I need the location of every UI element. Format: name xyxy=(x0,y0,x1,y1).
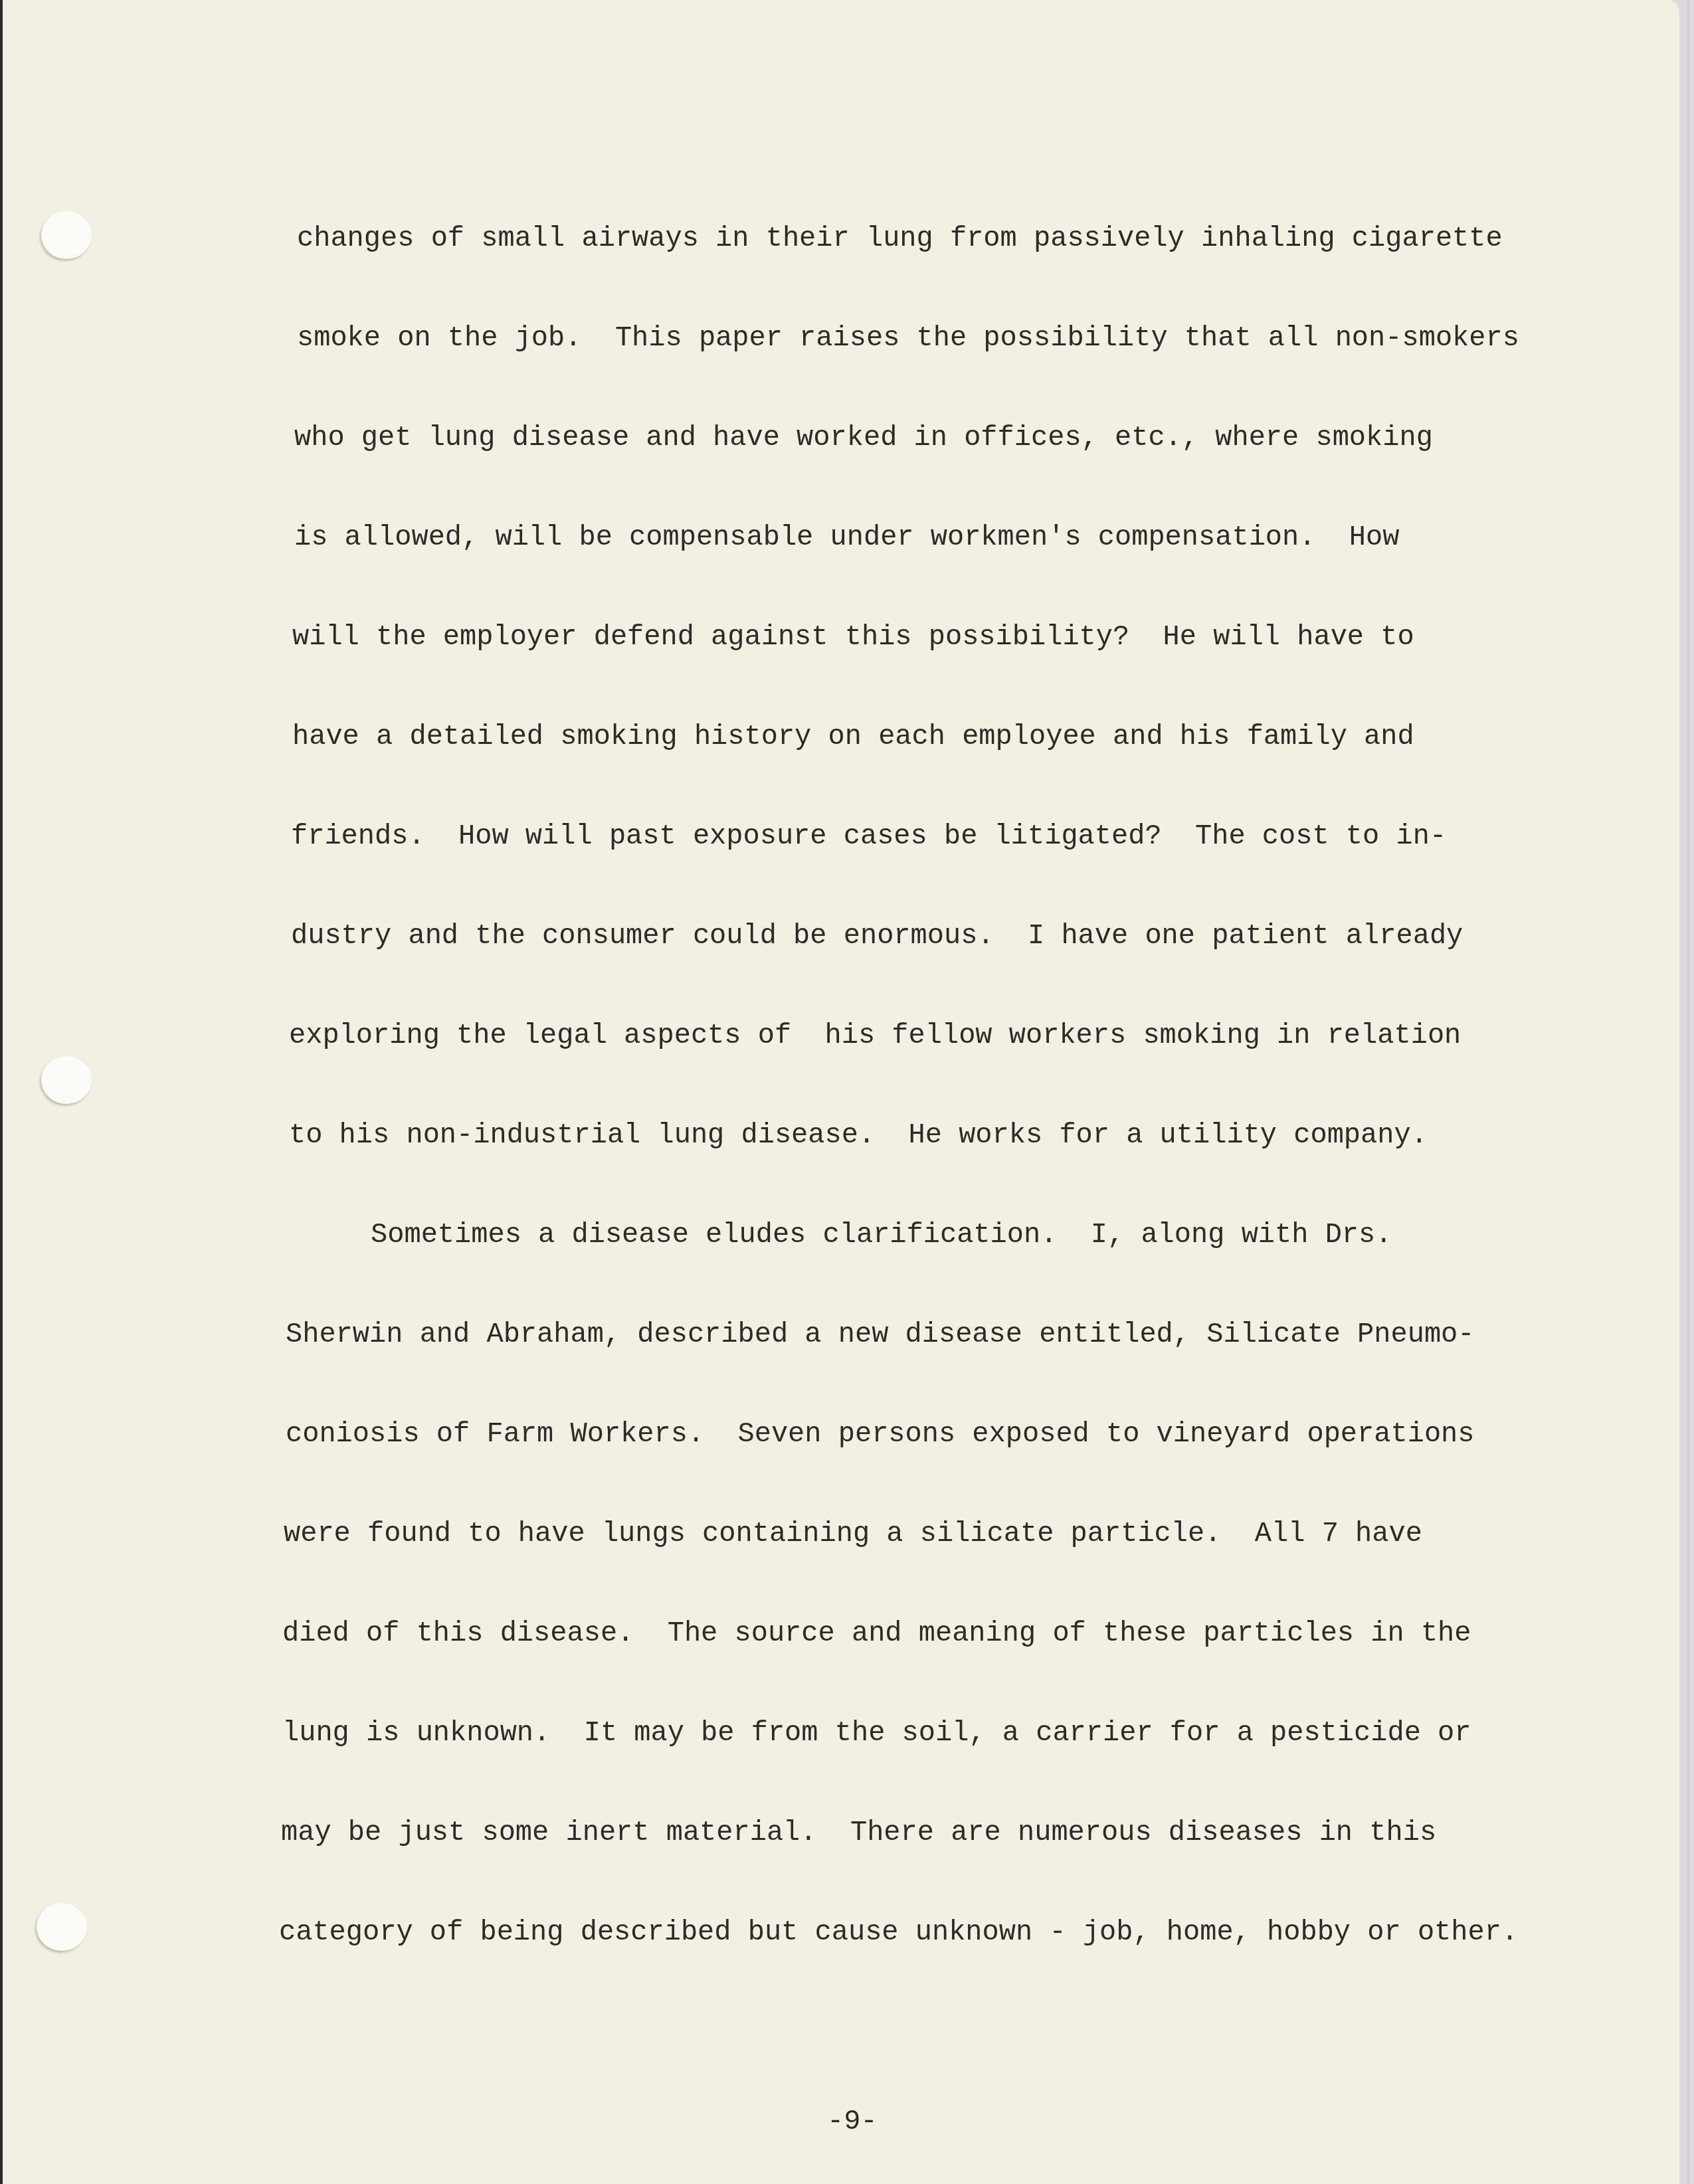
binder-hole-middle xyxy=(41,1056,92,1104)
text-line: category of being described but cause un… xyxy=(279,1916,1518,1948)
scan-edge-line xyxy=(1687,0,1689,2184)
text-line: exploring the legal aspects of his fello… xyxy=(289,1020,1461,1051)
page-number: -9- xyxy=(827,2106,878,2138)
text-line: will the employer defend against this po… xyxy=(292,621,1414,653)
text-line: who get lung disease and have worked in … xyxy=(294,422,1433,454)
text-line: may be just some inert material. There a… xyxy=(281,1817,1436,1849)
text-line: died of this disease. The source and mea… xyxy=(282,1617,1471,1649)
text-line: Sherwin and Abraham, described a new dis… xyxy=(286,1319,1475,1350)
text-line: were found to have lungs containing a si… xyxy=(284,1518,1422,1550)
text-line: friends. How will past exposure cases be… xyxy=(291,820,1446,852)
text-line: lung is unknown. It may be from the soil… xyxy=(282,1717,1471,1749)
binder-hole-bottom xyxy=(37,1903,87,1951)
text-line: have a detailed smoking history on each … xyxy=(292,721,1414,753)
document-page: changes of small airways in their lung f… xyxy=(0,0,1679,2184)
text-line: to his non-industrial lung disease. He w… xyxy=(289,1119,1428,1151)
binder-hole-top xyxy=(41,211,92,259)
text-line: changes of small airways in their lung f… xyxy=(297,223,1503,254)
text-line: Sometimes a disease eludes clarification… xyxy=(287,1219,1392,1251)
text-line: smoke on the job. This paper raises the … xyxy=(297,322,1519,354)
text-line: coniosis of Farm Workers. Seven persons … xyxy=(286,1418,1475,1450)
text-line: is allowed, will be compensable under wo… xyxy=(294,521,1399,553)
text-line: dustry and the consumer could be enormou… xyxy=(291,920,1463,952)
